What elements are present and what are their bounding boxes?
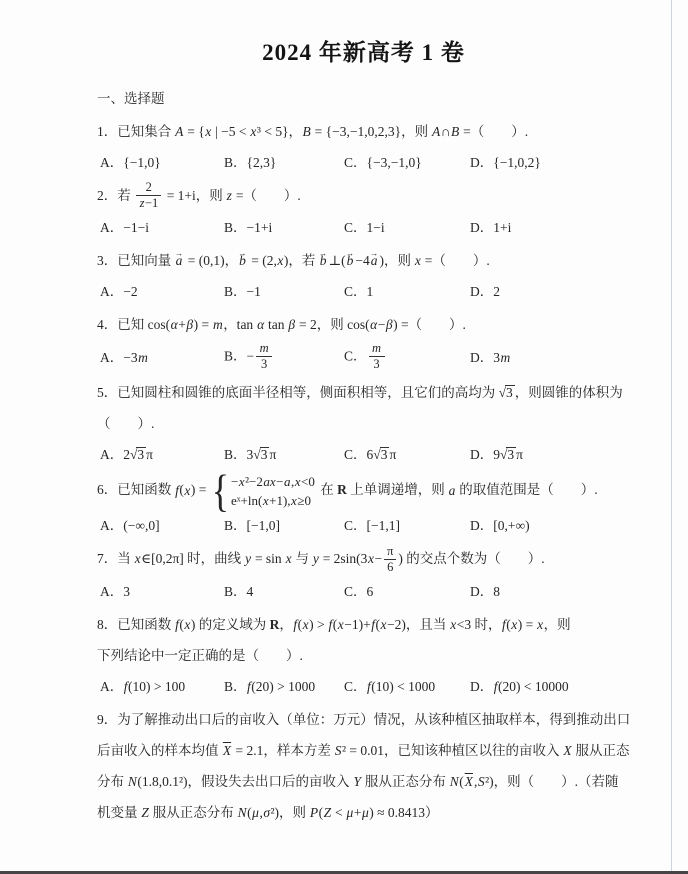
stem-line: 4．已知 cos(α+β) = m，tan α tan β = 2，则 cos(…	[97, 309, 630, 340]
question: 2．若 2z−1 = 1+i，则 z =（ ）. A．−1−iB．−1+iC．1…	[97, 180, 630, 241]
question: 7．当 x∈[0,2π] 时，曲线 y = sin x 与 y = 2sin(3…	[97, 543, 630, 604]
option: B．4	[224, 578, 344, 605]
option: C．1−i	[344, 214, 470, 241]
options-row: A．2√3πB．3√3πC．6√3πD．9√3π	[97, 441, 630, 468]
question-stem: 1．已知集合 A = {x | −5 < x³ < 5}，B = {−3,−1,…	[97, 116, 630, 147]
option: C．6√3π	[344, 441, 470, 468]
stem-line: 3．已知向量 a = (0,1)，b = (2,x)，若 b⊥(b−4a)，则 …	[97, 245, 630, 276]
option: C．[−1,1]	[344, 512, 470, 539]
stem-line: 分布 N(1.8,0.1²)，假设失去出口后的亩收入 Y 服从正态分布 N(X,…	[97, 766, 630, 797]
option: D．3m	[470, 344, 630, 371]
option: A．2√3π	[100, 441, 224, 468]
stem-line: 机变量 Z 服从正态分布 N(μ,σ²)，则 P(Z < μ+μ) ≈ 0.84…	[97, 797, 630, 828]
question: 3．已知向量 a = (0,1)，b = (2,x)，若 b⊥(b−4a)，则 …	[97, 245, 630, 305]
stem-line: 6．已知函数 f(x) = {−x²−2ax−a,x<0eˣ+ln(x+1),x…	[97, 472, 630, 510]
question: 8．已知函数 f(x) 的定义域为 R，f(x) > f(x−1)+f(x−2)…	[97, 609, 630, 700]
stem-line: 后亩收入的样本均值 X = 2.1，样本方差 S² = 0.01，已知该种植区以…	[97, 735, 630, 766]
option: B．3√3π	[224, 441, 344, 468]
question-stem: 5．已知圆柱和圆锥的底面半径相等，侧面积相等，且它们的高均为 √3，则圆锥的体积…	[97, 377, 630, 439]
option: C．f(10) < 1000	[344, 673, 470, 700]
option: A．f(10) > 100	[100, 673, 224, 700]
question-stem: 9．为了解推动出口后的亩收入（单位：万元）情况，从该种植区抽取样本，得到推动出口…	[97, 704, 630, 828]
option: C．m3	[344, 342, 470, 373]
option: A．−1−i	[100, 214, 224, 241]
options-row: A．3B．4C．6D．8	[97, 578, 630, 605]
option: D．{−1,0,2}	[470, 149, 630, 176]
option: B．{2,3}	[224, 149, 344, 176]
stem-line: 下列结论中一定正确的是（ ）.	[97, 640, 630, 671]
option: C．1	[344, 278, 470, 305]
option: D．2	[470, 278, 630, 305]
option: D．[0,+∞)	[470, 512, 630, 539]
question-list: 1．已知集合 A = {x | −5 < x³ < 5}，B = {−3,−1,…	[97, 116, 630, 828]
option: B．−1	[224, 278, 344, 305]
stem-line: 8．已知函数 f(x) 的定义域为 R，f(x) > f(x−1)+f(x−2)…	[97, 609, 630, 640]
exam-content: 2024 年新高考 1 卷 一、选择题 1．已知集合 A = {x | −5 <…	[0, 0, 688, 828]
question-stem: 6．已知函数 f(x) = {−x²−2ax−a,x<0eˣ+ln(x+1),x…	[97, 472, 630, 510]
question-stem: 4．已知 cos(α+β) = m，tan α tan β = 2，则 cos(…	[97, 309, 630, 340]
option: A．{−1,0}	[100, 149, 224, 176]
option: D．8	[470, 578, 630, 605]
options-row: A．(−∞,0]B．[−1,0]C．[−1,1]D．[0,+∞)	[97, 512, 630, 539]
question: 5．已知圆柱和圆锥的底面半径相等，侧面积相等，且它们的高均为 √3，则圆锥的体积…	[97, 377, 630, 468]
option: B．f(20) > 1000	[224, 673, 344, 700]
question: 4．已知 cos(α+β) = m，tan α tan β = 2，则 cos(…	[97, 309, 630, 373]
question-stem: 8．已知函数 f(x) 的定义域为 R，f(x) > f(x−1)+f(x−2)…	[97, 609, 630, 671]
option: D．1+i	[470, 214, 630, 241]
option: A．3	[100, 578, 224, 605]
stem-line: 9．为了解推动出口后的亩收入（单位：万元）情况，从该种植区抽取样本，得到推动出口	[97, 704, 630, 735]
options-row: A．−2B．−1C．1D．2	[97, 278, 630, 305]
option: A．−3m	[100, 344, 224, 371]
stem-line: （ ）.	[97, 408, 630, 439]
options-row: A．f(10) > 100B．f(20) > 1000C．f(10) < 100…	[97, 673, 630, 700]
option: D．f(20) < 10000	[470, 673, 630, 700]
stem-line: 5．已知圆柱和圆锥的底面半径相等，侧面积相等，且它们的高均为 √3，则圆锥的体积…	[97, 377, 630, 408]
option: A．(−∞,0]	[100, 512, 224, 539]
question: 1．已知集合 A = {x | −5 < x³ < 5}，B = {−3,−1,…	[97, 116, 630, 176]
exam-page: 2024 年新高考 1 卷 一、选择题 1．已知集合 A = {x | −5 <…	[0, 0, 688, 874]
question: 6．已知函数 f(x) = {−x²−2ax−a,x<0eˣ+ln(x+1),x…	[97, 472, 630, 539]
options-row: A．{−1,0}B．{2,3}C．{−3,−1,0}D．{−1,0,2}	[97, 149, 630, 176]
stem-line: 2．若 2z−1 = 1+i，则 z =（ ）.	[97, 180, 630, 212]
stem-line: 7．当 x∈[0,2π] 时，曲线 y = sin x 与 y = 2sin(3…	[97, 543, 630, 575]
option: D．9√3π	[470, 441, 630, 468]
page-edge-line	[671, 0, 672, 874]
question-stem: 3．已知向量 a = (0,1)，b = (2,x)，若 b⊥(b−4a)，则 …	[97, 245, 630, 276]
question: 9．为了解推动出口后的亩收入（单位：万元）情况，从该种植区抽取样本，得到推动出口…	[97, 704, 630, 828]
option: B．−m3	[224, 342, 344, 373]
section-heading: 一、选择题	[97, 87, 630, 107]
option: C．{−3,−1,0}	[344, 149, 470, 176]
option: C．6	[344, 578, 470, 605]
question-stem: 2．若 2z−1 = 1+i，则 z =（ ）.	[97, 180, 630, 212]
page-title: 2024 年新高考 1 卷	[97, 34, 630, 67]
option: B．[−1,0]	[224, 512, 344, 539]
stem-line: 1．已知集合 A = {x | −5 < x³ < 5}，B = {−3,−1,…	[97, 116, 630, 147]
question-stem: 7．当 x∈[0,2π] 时，曲线 y = sin x 与 y = 2sin(3…	[97, 543, 630, 575]
option: A．−2	[100, 278, 224, 305]
options-row: A．−3mB．−m3C．m3D．3m	[97, 342, 630, 373]
